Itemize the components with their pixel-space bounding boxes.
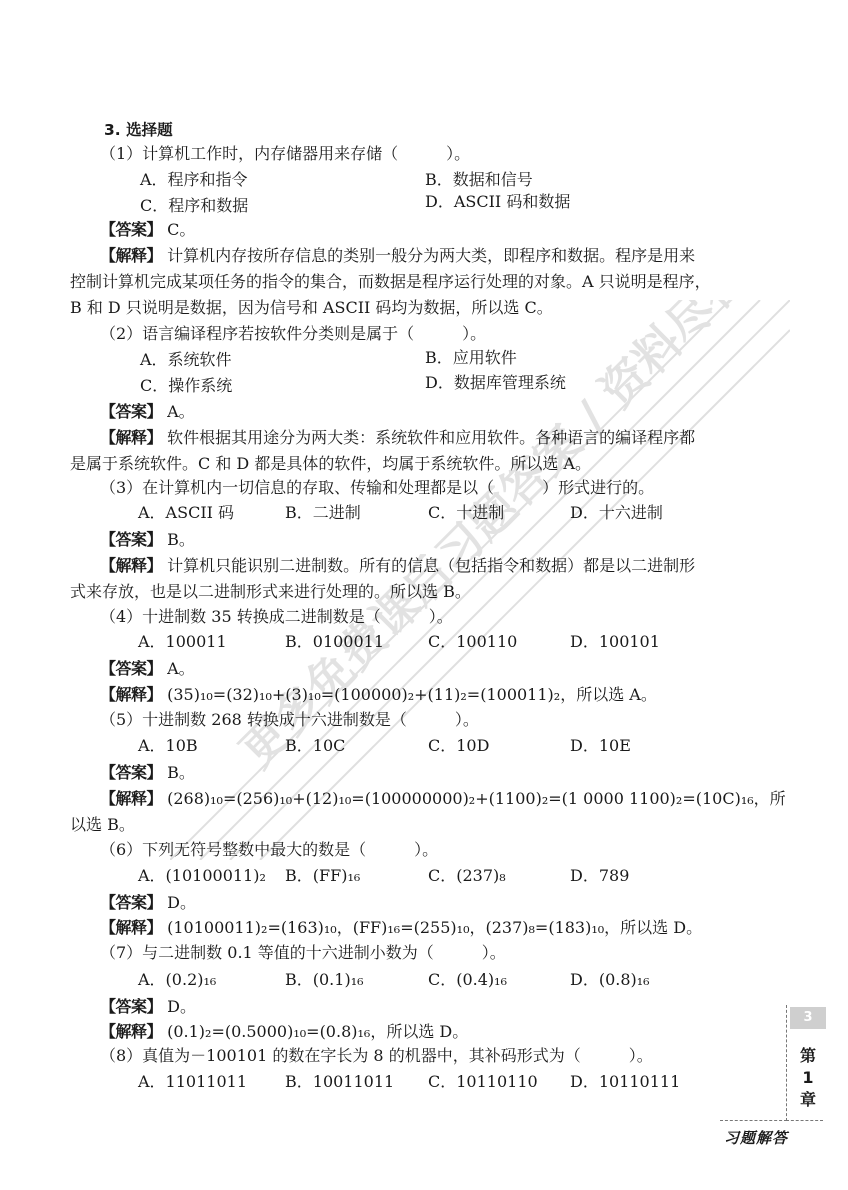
question-3-option-b: B．二进制 [285,503,361,523]
question-8-option-a: A．11011011 [138,1072,247,1092]
question-2-option-c: C．操作系统 [140,376,232,396]
question-5-option-c: C．10D [428,736,489,756]
question-2-explain-line-2: 是属于系统软件。C 和 D 都是具体的软件，均属于系统软件。所以选 A。 [70,454,591,474]
question-6-answer: 【答案】 D。 [100,893,196,913]
question-1-answer: 【答案】 C。 [100,220,195,240]
question-1-explain-line-3: B 和 D 只说明是数据，因为信号和 ASCII 码均为数据，所以选 C。 [70,298,553,318]
question-6-explain-line-1: 【解释】 (10100011)₂=(163)₁₀，(FF)₁₆=(255)₁₀，… [100,918,702,938]
question-5-option-d: D．10E [570,736,631,756]
question-7-option-c: C．(0.4)₁₆ [428,970,507,990]
section-title: 3. 选择题 [104,120,173,140]
question-6-option-c: C．(237)₈ [428,866,506,886]
question-5-option-a: A．10B [138,736,198,756]
question-5-stem: （5）十进制数 268 转换成十六进制数是（ ）。 [100,710,479,730]
question-3-option-c: C．十进制 [428,503,504,523]
question-8-option-c: C．10110110 [428,1072,538,1092]
question-3-answer: 【答案】 B。 [100,530,195,550]
question-5-option-b: B．10C [285,736,345,756]
question-7-option-a: A．(0.2)₁₆ [138,970,216,990]
question-4-option-b: B．0100011 [285,632,384,652]
question-3-explain-line-1: 【解释】 计算机只能识别二进制数。所有的信息（包括指令和数据）都是以二进制形 [100,556,695,576]
side-tab-divider [720,1120,787,1121]
question-8-option-d: D．10110111 [570,1072,680,1092]
question-3-explain-line-2: 式来存放，也是以二进制形式来进行处理的。所以选 B。 [70,582,471,602]
question-1-stem: （1）计算机工作时，内存储器用来存储（ ）。 [100,144,470,164]
question-4-option-d: D．100101 [570,632,660,652]
page-number: 3 [790,1007,826,1029]
question-7-stem: （7）与二进制数 0.1 等值的十六进制小数为（ ）。 [100,943,506,963]
chapter-label: 第 1 章 [795,1045,821,1111]
question-1-explain-line-1: 【解释】 计算机内存按所存信息的类别一般分为两大类，即程序和数据。程序是用来 [100,246,695,266]
question-7-option-d: D．(0.8)₁₆ [570,970,650,990]
textbook-page: 更多免费课后习题答案 / 资料尽在 小程序 3. 选择题 （1）计算机工作时，内… [0,0,848,1190]
explain-label: 【解释】 [100,246,162,265]
question-1-option-a: A．程序和指令 [140,170,248,190]
question-2-option-a: A．系统软件 [140,350,232,370]
question-4-stem: （4）十进制数 35 转换成二进制数是（ ）。 [100,607,453,627]
question-2-stem: （2）语言编译程序若按软件分类则是属于（ ）。 [100,324,486,344]
question-8-stem: （8）真值为－100101 的数在字长为 8 的机器中，其补码形式为（ ）。 [100,1046,653,1066]
answer-label: 【答案】 [100,220,162,239]
question-6-option-b: B．(FF)₁₆ [285,866,360,886]
question-5-explain-line-1: 【解释】 (268)₁₀=(256)₁₀+(12)₁₀=(100000000)₂… [100,789,786,809]
question-7-answer: 【答案】 D。 [100,997,196,1017]
question-4-option-c: C．100110 [428,632,517,652]
question-7-explain-line-1: 【解释】 (0.1)₂=(0.5000)₁₀=(0.8)₁₆，所以选 D。 [100,1022,468,1042]
question-2-option-d: D．数据库管理系统 [425,373,566,393]
svg-text:更多免费课后习题答案 / 资料尽在 小程序: 更多免费课后习题答案 / 资料尽在 小程序 [230,300,790,778]
question-2-answer: 【答案】 A。 [100,402,195,422]
question-3-option-d: D．十六进制 [570,503,663,523]
question-6-option-a: A．(10100011)₂ [138,866,266,886]
question-1-explain-line-2: 控制计算机完成某项任务的指令的集合，而数据是程序运行处理的对象。A 只说明是程序… [70,272,711,292]
question-5-explain-line-2: 以选 B。 [70,815,135,835]
question-1-option-d: D．ASCII 码和数据 [425,192,570,212]
question-2-option-b: B．应用软件 [425,348,517,368]
answer-value: C。 [167,220,195,239]
question-4-explain-line-1: 【解释】 (35)₁₀=(32)₁₀+(3)₁₀=(100000)₂+(11)₂… [100,685,657,705]
question-8-option-b: B．10011011 [285,1072,394,1092]
question-6-stem: （6）下列无符号整数中最大的数是（ ）。 [100,840,438,860]
running-footer: 习题解答 [724,1127,788,1148]
question-1-option-b: B．数据和信号 [425,170,533,190]
question-1-option-c: C．程序和数据 [140,196,248,216]
question-2-explain-line-1: 【解释】 软件根据其用途分为两大类：系统软件和应用软件。各种语言的编译程序都 [100,428,695,448]
question-5-answer: 【答案】 B。 [100,763,195,783]
question-3-option-a: A．ASCII 码 [138,503,234,523]
question-4-option-a: A．100011 [138,632,227,652]
question-7-option-b: B．(0.1)₁₆ [285,970,364,990]
question-4-answer: 【答案】 A。 [100,659,195,679]
question-3-stem: （3）在计算机内一切信息的存取、传输和处理都是以（ ）形式进行的。 [100,478,654,498]
question-6-option-d: D．789 [570,866,629,886]
